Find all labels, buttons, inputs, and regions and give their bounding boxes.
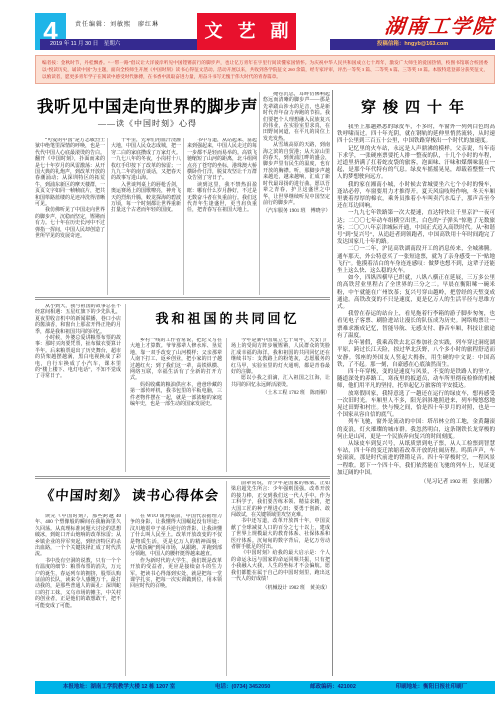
memory-column-1: 从小到大，我与祖国的故事总在不经意间相遇：五星红旗下的少先队礼，夏夜里收音机中的… (35, 304, 121, 472)
footer-print-address: 印刷地址：衡阳日报社印刷厂 (396, 681, 468, 694)
shuttle-column: 我坐上那趟熟悉的绿皮车，不多时，车窗外一列列白色的高铁呼啸而过。四十年光阴，就在… (337, 124, 495, 676)
footer-phone: 电话：(0734) 3452050 (215, 681, 270, 694)
review-column-3: 前辈常说，青少年是国家的栋梁。正如梁启超先生所言：少年强则国强。改革开放的接力棒… (231, 481, 330, 676)
memory-column-3-text: 今年是新中国成立七十周年，天安门广场上的受阅方阵步履铿锵，人民群众的笑脸汇成幸福… (231, 338, 330, 389)
section-title: 文 艺 副 刊 (197, 13, 296, 50)
footsteps-column-3: 书中写道，从站起来、富起来到强起来，中国人民走过的每一步都不是轻而易举的。高铁飞… (187, 138, 257, 295)
footer-bar: 本报地址：湖南工学院教学大楼 12 栋 1207 室 电话：(0734) 345… (35, 681, 495, 694)
column-rule (259, 92, 260, 295)
article-memory-title: 我和祖国的共同回忆 (125, 308, 330, 327)
shuttle-byline: （见习记者 1902 班 张雨馨） (337, 479, 495, 486)
review-column-2: 在 WTO 谈判桌前，中国代表据理力争的身影，让我懂得大国崛起没有坦途；汶川地震… (130, 514, 222, 676)
band-divider (35, 476, 330, 479)
column-rule (125, 514, 126, 676)
article-footsteps-subtitle: ——读《中国时刻》心得 (35, 118, 260, 129)
memory-byline: （土木工程 1702 班 陈雨桐） (231, 391, 330, 397)
newspaper-page: 4 责任编辑：刘敏熙 廖红琳 2019 年 11 月 30 日 星期六 文 艺 … (0, 0, 500, 702)
article-review-title: 《中国时刻》 读书心得体会 (34, 484, 225, 504)
main-column-divider (332, 90, 333, 676)
review-column-3-text: 前辈常说，青少年是国家的栋梁。正如梁启超先生所言：少年强则国强。改革开放的接力棒… (231, 481, 330, 584)
footsteps-column-4: 掩卷沉思，耳畔仿佛响起悠远而清晰的脚步声——那是先辈跋山涉水的足音，也是新时代青… (263, 92, 330, 295)
footer-address: 本报地址：湖南工学院教学大楼 12 栋 1207 室 (63, 681, 175, 694)
date-bar: 2019 年 11 月 30 日 星期六 (40, 39, 197, 50)
memory-column-3: 今年是新中国成立七十周年，天安门广场上的受阅方阵步履铿锵，人民群众的笑脸汇成幸福… (231, 338, 330, 472)
contact-email-bar: 投稿信箱：hngyb@163.com (330, 39, 495, 50)
column-rule (183, 138, 184, 295)
memory-column-2: 乡村一线的工作者常说，把论文写在大地上才算数。爷爷那辈人修水库、垦荒地，靠一双手… (130, 338, 222, 472)
footsteps-column-4-text: 掩卷沉思，耳畔仿佛响起悠远而清晰的脚步声——那是先辈跋山涉水的足音，也是新时代青… (263, 92, 330, 207)
footer-postcode: 邮政编码：421002 (310, 681, 356, 694)
column-rule (107, 138, 108, 295)
footsteps-column-2: 十年里，先辈们用血汗浇灌大地，中国人民众志成城，把一穷二白的家底攒成了万家灯火。… (111, 138, 181, 295)
column-rule (226, 481, 227, 676)
column-rule (125, 304, 126, 472)
band-divider (35, 297, 330, 300)
editor-note-box: 编者按：金秋时节，丹桂飘香。“一带一路”倡议让大洋彼岸听见中国铿锵前行的脚步声，… (35, 55, 495, 84)
masthead-title: 湖南工学院 (349, 10, 497, 37)
review-byline: （机械设计 1902 班 黄美成） (231, 586, 330, 592)
editors-line: 责任编辑：刘敏熙 廖红琳 (75, 19, 159, 28)
shuttle-column-text: 我坐上那趟熟悉的绿皮车，不多时，车窗外一列列白色的高铁呼啸而过。四十年光阴，就在… (337, 124, 495, 477)
article-footsteps-title: 我听见中国走向世界的脚步声 (35, 93, 260, 117)
footsteps-byline: （汽车服务 1901 班 傅晓宇） (263, 209, 330, 215)
review-column-1: 读完《中国时刻》，那些跨越 40 年、400 个塑像般的瞬间在我脑海里久久回荡。… (35, 514, 121, 676)
footsteps-column-1: “可爱的中国”是方志敏烈士狱中绝笔里深情的呼唤，也是一代代中国人心底最滚烫的告白… (35, 138, 105, 295)
column-rule (226, 338, 227, 472)
article-shuttle-title: 穿梭四十年 (337, 96, 495, 117)
